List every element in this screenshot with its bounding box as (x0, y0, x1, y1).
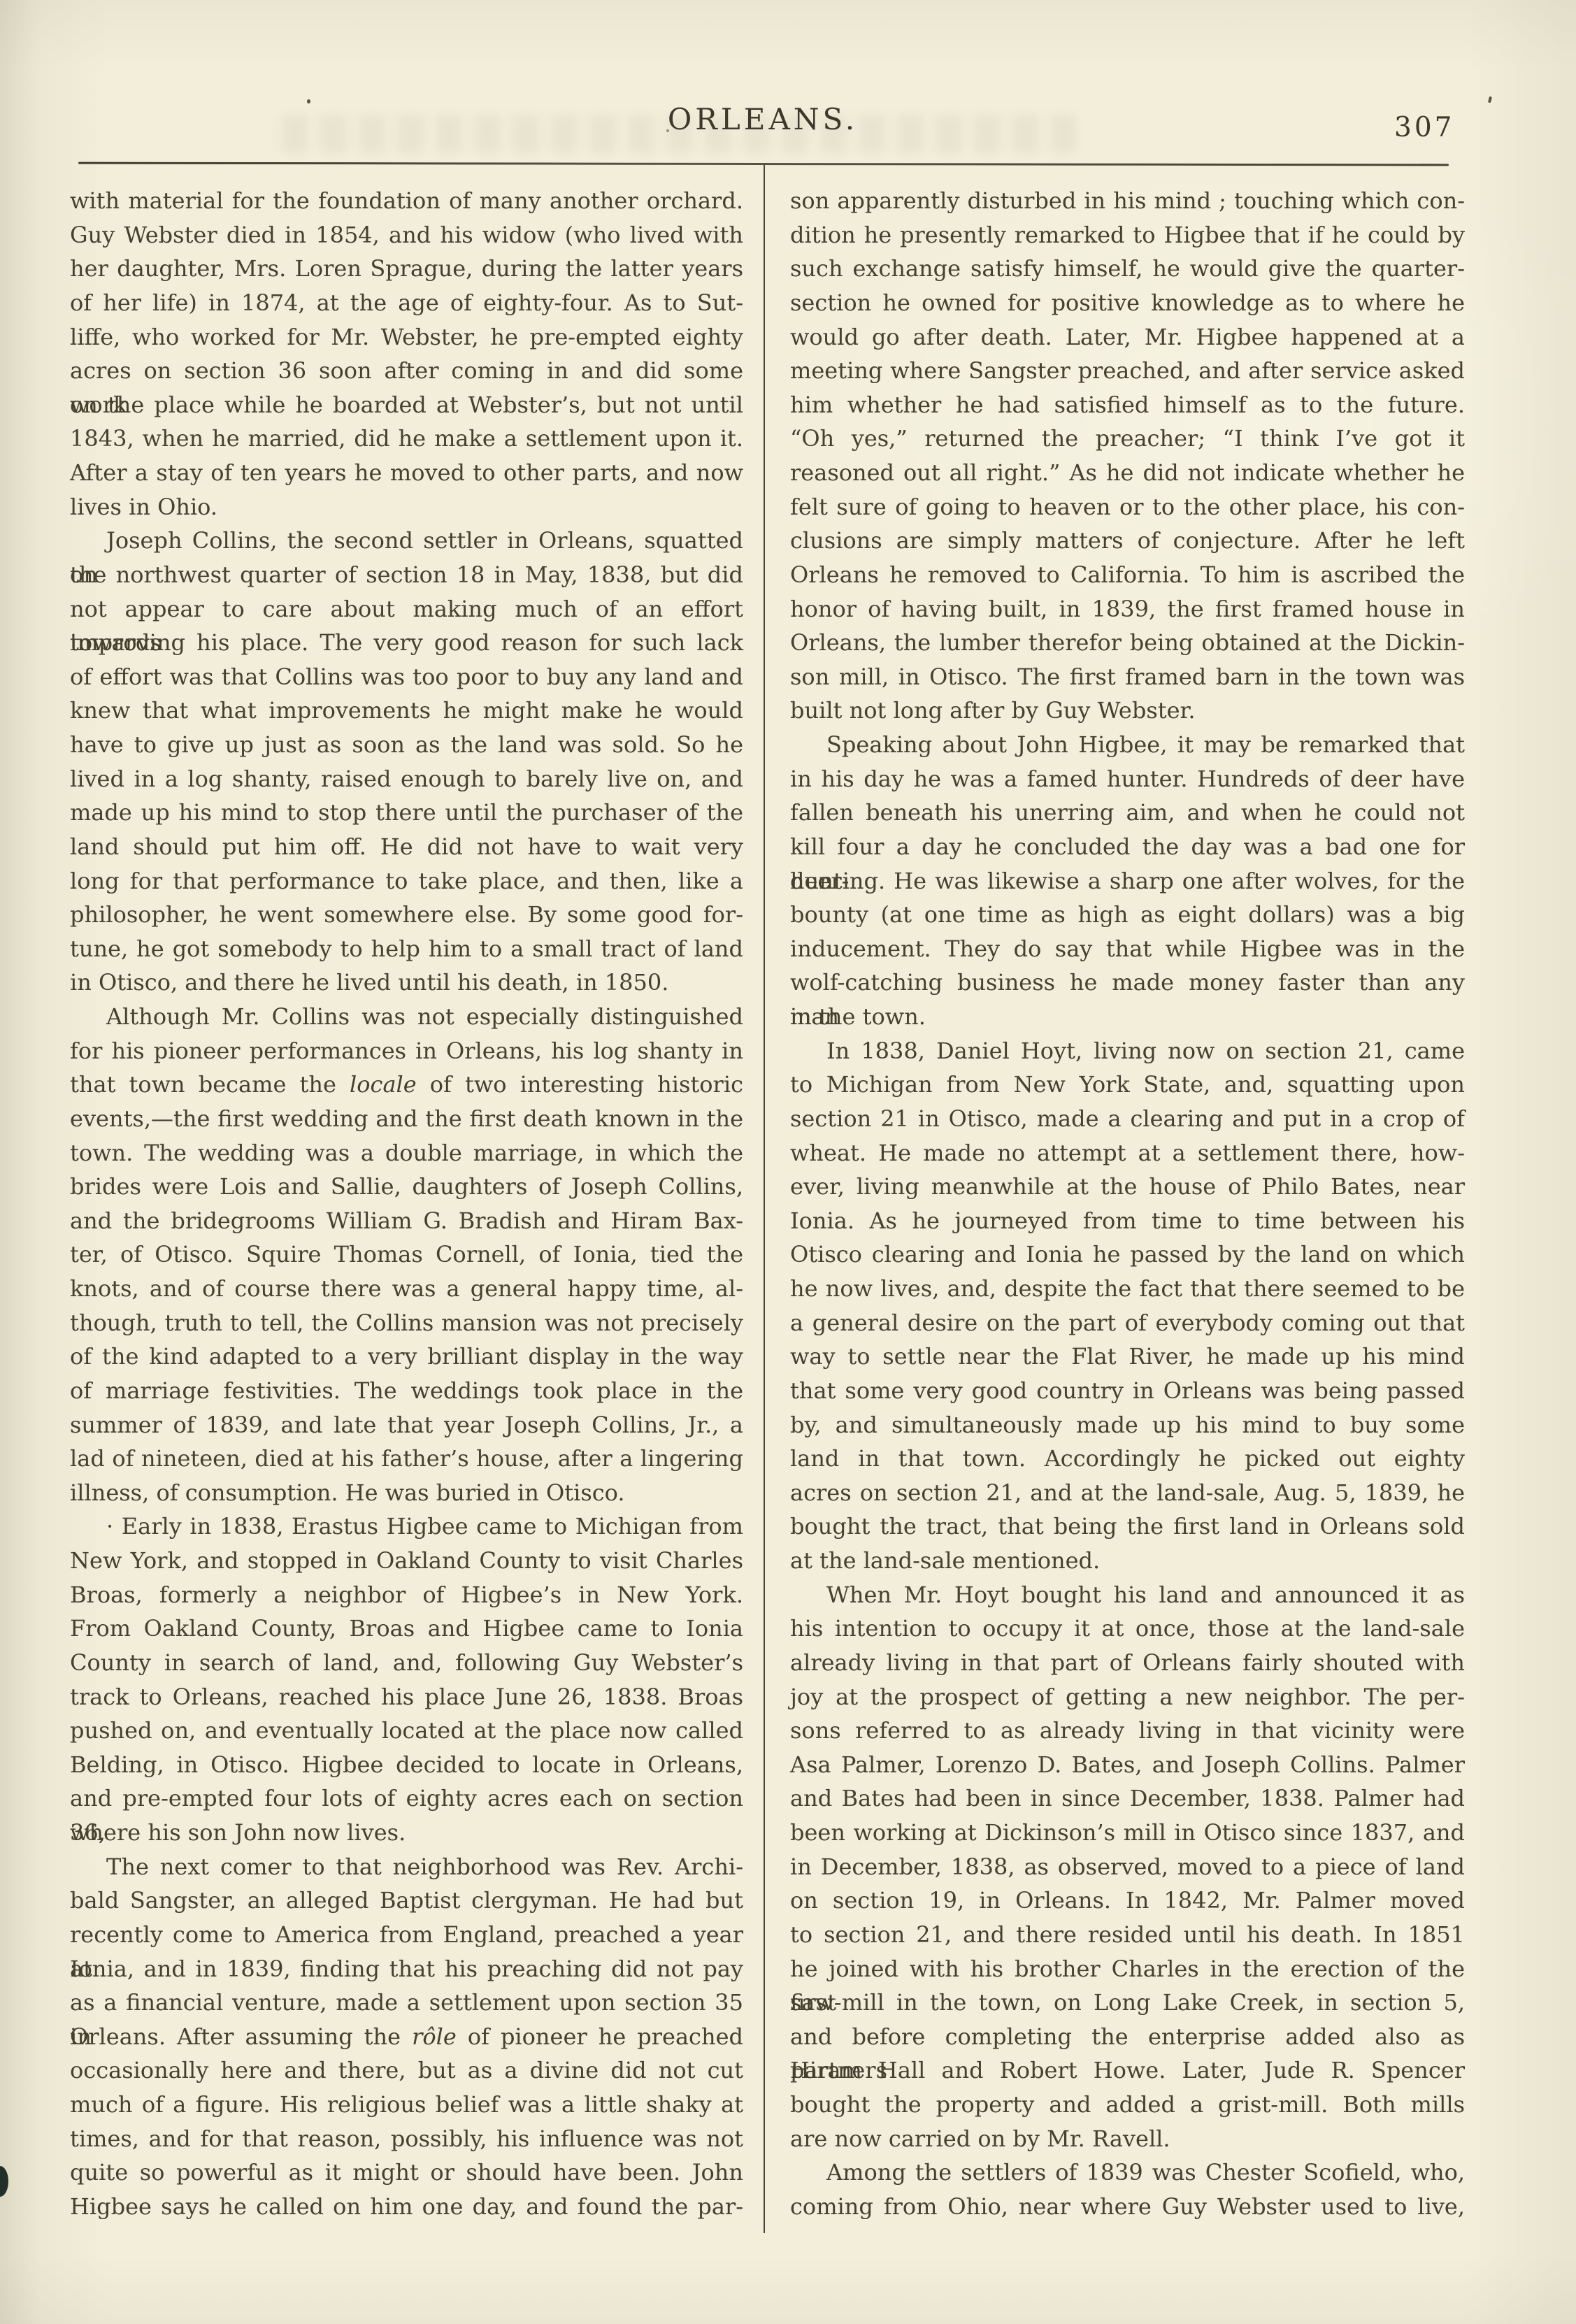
text-line: on section 19, in Orleans. In 1842, Mr. … (790, 1884, 1465, 1918)
text-line: brides were Lois and Sallie, daughters o… (70, 1170, 743, 1204)
text-line: Orleans, the lumber therefor being obtai… (790, 626, 1465, 660)
text-line: would go after death. Later, Mr. Higbee … (790, 320, 1465, 354)
text-line: joy at the prospect of getting a new nei… (790, 1680, 1465, 1714)
text-line: in Otisco, and there he lived until his … (70, 966, 743, 1000)
text-line: Speaking about John Higbee, it may be re… (790, 728, 1465, 762)
text-line: hunting. He was likewise a sharp one aft… (790, 864, 1465, 898)
text-line: meeting where Sangster preached, and aft… (790, 354, 1465, 388)
text-line: Orleans. After assuming the rôle of pion… (70, 2020, 743, 2054)
text-line: Ionia. As he journeyed from time to time… (790, 1204, 1465, 1238)
text-line: that town became the locale of two inter… (70, 1068, 743, 1102)
paragraph: Among the settlers of 1839 was Chester S… (790, 2156, 1465, 2223)
text-line: acres on section 21, and at the land-sal… (790, 1476, 1465, 1510)
text-line: and the bridegrooms William G. Bradish a… (70, 1204, 743, 1238)
page-number: 307 (1394, 114, 1454, 141)
text-line: liffe, who worked for Mr. Webster, he pr… (70, 320, 743, 354)
text-line: her daughter, Mrs. Loren Sprague, during… (70, 252, 743, 286)
text-line: him whether he had satisfied himself as … (790, 388, 1465, 422)
text-line: lad of nineteen, died at his father’s ho… (70, 1442, 743, 1476)
text-line: County in search of land, and, following… (70, 1646, 743, 1680)
text-line: been working at Dickinson’s mill in Otis… (790, 1816, 1465, 1850)
text-line: kill four a day he concluded the day was… (790, 830, 1465, 864)
text-line: Guy Webster died in 1854, and his widow … (70, 218, 743, 252)
text-line: summer of 1839, and late that year Josep… (70, 1408, 743, 1442)
text-line: illness, of consumption. He was buried i… (70, 1476, 743, 1510)
text-line: bought the property and added a grist-mi… (790, 2088, 1465, 2122)
text-line: occasionally here and there, but as a di… (70, 2053, 743, 2088)
text-line: that some very good country in Orleans w… (790, 1374, 1465, 1408)
text-line: philosopher, he went somewhere else. By … (70, 898, 743, 932)
text-line: Otisco clearing and Ionia he passed by t… (790, 1238, 1465, 1272)
text-line: section he owned for positive knowledge … (790, 286, 1465, 320)
text-line: knots, and of course there was a general… (70, 1272, 743, 1306)
text-line: of the kind adapted to a very brilliant … (70, 1340, 743, 1374)
text-line: lived in a log shanty, raised enough to … (70, 762, 743, 796)
text-line: the northwest quarter of section 18 in M… (70, 558, 743, 592)
right-column: son apparently disturbed in his mind ; t… (790, 184, 1465, 2224)
text-line: town. The wedding was a double marriage,… (70, 1136, 743, 1170)
text-line: Although Mr. Collins was not especially … (70, 1000, 743, 1034)
text-line: acres on section 36 soon after coming in… (70, 354, 743, 388)
text-line: have to give up just as soon as the land… (70, 728, 743, 762)
paragraph: Although Mr. Collins was not especially … (70, 1000, 743, 1509)
paragraph: with material for the foundation of many… (70, 184, 743, 524)
text-line: sons referred to as already living in th… (790, 1714, 1465, 1748)
text-line: · Early in 1838, Erastus Higbee came to … (70, 1509, 743, 1544)
text-line: bought the tract, that being the first l… (790, 1509, 1465, 1544)
text-line: Ionia, and in 1839, finding that his pre… (70, 1952, 743, 1986)
text-line: land should put him off. He did not have… (70, 830, 743, 864)
text-line: When Mr. Hoyt bought his land and announ… (790, 1578, 1465, 1612)
text-line: recently come to America from England, p… (70, 1918, 743, 1952)
text-line: though, truth to tell, the Collins mansi… (70, 1306, 743, 1340)
text-line: wolf-catching business he made money fas… (790, 966, 1465, 1000)
text-line: Hiram Hall and Robert Howe. Later, Jude … (790, 2053, 1465, 2088)
text-line: on the place while he boarded at Webster… (70, 388, 743, 422)
text-line: inducement. They do say that while Higbe… (790, 932, 1465, 966)
text-line: Belding, in Otisco. Higbee decided to lo… (70, 1748, 743, 1782)
text-line: coming from Ohio, near where Guy Webster… (790, 2190, 1465, 2224)
text-line: of her life) in 1874, at the age of eigh… (70, 286, 743, 320)
text-line: made up his mind to stop there until the… (70, 796, 743, 830)
text-line: reasoned out all right.” As he did not i… (790, 456, 1465, 490)
text-line: already living in that part of Orleans f… (790, 1646, 1465, 1680)
text-line: and before completing the enterprise add… (790, 2020, 1465, 2054)
text-line: ter, of Otisco. Squire Thomas Cornell, o… (70, 1238, 743, 1272)
text-line: of marriage festivities. The weddings to… (70, 1374, 743, 1408)
text-line: In 1838, Daniel Hoyt, living now on sect… (790, 1034, 1465, 1068)
paragraph: Speaking about John Higbee, it may be re… (790, 728, 1465, 1034)
text-line: From Oakland County, Broas and Higbee ca… (70, 1612, 743, 1646)
text-line: as a financial venture, made a settlemen… (70, 1986, 743, 2020)
text-line: ever, living meanwhile at the house of P… (790, 1170, 1465, 1204)
text-line: bounty (at one time as high as eight dol… (790, 898, 1465, 932)
text-block: with material for the foundation of many… (70, 184, 1465, 2224)
text-line: to Michigan from New York State, and, sq… (790, 1068, 1465, 1102)
text-line: much of a figure. His religious belief w… (70, 2088, 743, 2122)
text-line: quite so powerful as it might or should … (70, 2156, 743, 2190)
text-line: honor of having built, in 1839, the firs… (790, 592, 1465, 626)
text-line: wheat. He made no attempt at a settlemen… (790, 1136, 1465, 1170)
text-line: dition he presently remarked to Higbee t… (790, 218, 1465, 252)
text-line: and pre-empted four lots of eighty acres… (70, 1781, 743, 1816)
text-line: in December, 1838, as observed, moved to… (790, 1850, 1465, 1884)
paragraph: · Early in 1838, Erastus Higbee came to … (70, 1509, 743, 1849)
text-line: for his pioneer performances in Orleans,… (70, 1034, 743, 1068)
text-line: with material for the foundation of many… (70, 184, 743, 218)
text-line: where his son John now lives. (70, 1816, 743, 1850)
text-line: Among the settlers of 1839 was Chester S… (790, 2156, 1465, 2190)
left-column: with material for the foundation of many… (70, 184, 743, 2224)
paragraph: The next comer to that neighborhood was … (70, 1850, 743, 2224)
text-line: son mill, in Otisco. The first framed ba… (790, 660, 1465, 694)
paragraph: When Mr. Hoyt bought his land and announ… (790, 1578, 1465, 2156)
text-line: to section 21, and there resided until h… (790, 1918, 1465, 1952)
text-line: built not long after by Guy Webster. (790, 694, 1465, 728)
text-line: lives in Ohio. (70, 490, 743, 524)
ink-speck (307, 99, 310, 103)
text-line: not appear to care about making much of … (70, 592, 743, 626)
text-line: in the town. (790, 1000, 1465, 1034)
text-line: such exchange satisfy himself, he would … (790, 252, 1465, 286)
text-line: After a stay of ten years he moved to ot… (70, 456, 743, 490)
text-line: by, and simultaneously made up his mind … (790, 1408, 1465, 1442)
paragraph: son apparently disturbed in his mind ; t… (790, 184, 1465, 728)
text-line: a general desire on the part of everybod… (790, 1306, 1465, 1340)
text-line: of effort was that Collins was too poor … (70, 660, 743, 694)
text-line: bald Sangster, an alleged Baptist clergy… (70, 1884, 743, 1918)
text-line: tune, he got somebody to help him to a s… (70, 932, 743, 966)
ink-speck (1488, 96, 1492, 103)
text-line: clusions are simply matters of conjectur… (790, 524, 1465, 558)
text-line: Broas, formerly a neighbor of Higbee’s i… (70, 1578, 743, 1612)
running-title: ORLEANS. (0, 105, 1526, 134)
text-line: saw-mill in the town, on Long Lake Creek… (790, 1986, 1465, 2020)
text-line: track to Orleans, reached his place June… (70, 1680, 743, 1714)
text-line: long for that performance to take place,… (70, 864, 743, 898)
book-page: ORLEANS. 307 with material for the found… (0, 0, 1576, 2324)
scan-blemish (0, 2166, 8, 2197)
text-line: 1843, when he married, did he make a set… (70, 422, 743, 456)
text-line: events,—the first wedding and the first … (70, 1102, 743, 1136)
text-line: Higbee says he called on him one day, an… (70, 2190, 743, 2224)
text-line: times, and for that reason, possibly, hi… (70, 2122, 743, 2156)
text-line: land in that town. Accordingly he picked… (790, 1442, 1465, 1476)
text-line: New York, and stopped in Oakland County … (70, 1544, 743, 1578)
text-line: way to settle near the Flat River, he ma… (790, 1340, 1465, 1374)
text-line: felt sure of going to heaven or to the o… (790, 490, 1465, 524)
text-line: he now lives, and, despite the fact that… (790, 1272, 1465, 1306)
text-line: son apparently disturbed in his mind ; t… (790, 184, 1465, 218)
text-line: are now carried on by Mr. Ravell. (790, 2122, 1465, 2156)
text-line: he joined with his brother Charles in th… (790, 1952, 1465, 1986)
text-line: improving his place. The very good reaso… (70, 626, 743, 660)
text-line: in his day he was a famed hunter. Hundre… (790, 762, 1465, 796)
text-line: Joseph Collins, the second settler in Or… (70, 524, 743, 558)
text-line: pushed on, and eventually located at the… (70, 1714, 743, 1748)
text-line: fallen beneath his unerring aim, and whe… (790, 796, 1465, 830)
paragraph: Joseph Collins, the second settler in Or… (70, 524, 743, 1000)
text-line: at the land-sale mentioned. (790, 1544, 1465, 1578)
text-line: knew that what improvements he might mak… (70, 694, 743, 728)
text-line: The next comer to that neighborhood was … (70, 1850, 743, 1884)
text-line: “Oh yes,” returned the preacher; “I thin… (790, 422, 1465, 456)
text-line: Orleans he removed to California. To him… (790, 558, 1465, 592)
text-line: Asa Palmer, Lorenzo D. Bates, and Joseph… (790, 1748, 1465, 1782)
text-line: section 21 in Otisco, made a clearing an… (790, 1102, 1465, 1136)
paragraph: In 1838, Daniel Hoyt, living now on sect… (790, 1034, 1465, 1578)
text-line: and Bates had been in since December, 18… (790, 1781, 1465, 1816)
text-line: his intention to occupy it at once, thos… (790, 1612, 1465, 1646)
